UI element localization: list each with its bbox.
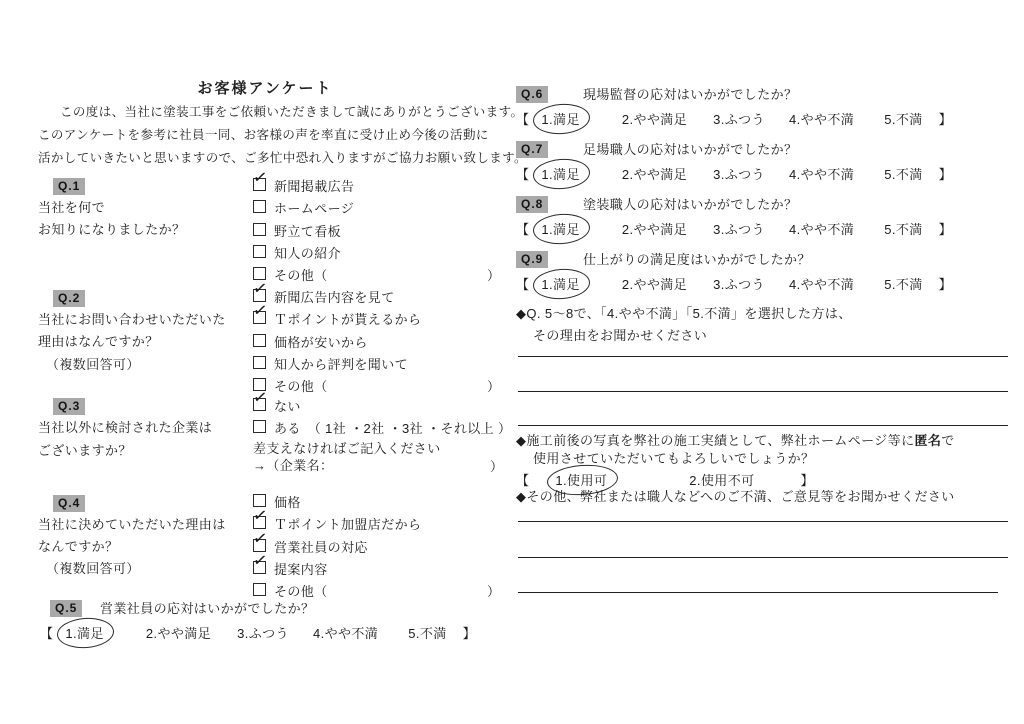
q6-rating-option-5[interactable]: 5.不満 <box>884 109 922 128</box>
q2-option-label: Ｔポイントが貰えるから <box>274 309 421 328</box>
q1-option-label: 知人の紹介 <box>274 243 341 262</box>
checkbox[interactable] <box>253 398 266 411</box>
q6-rating-option-2[interactable]: 2.やや満足 <box>622 109 687 128</box>
answer-line[interactable] <box>518 592 998 593</box>
q2-option-label: 新聞広告内容を見て <box>274 287 395 306</box>
bracket-open: 【 <box>516 109 529 128</box>
photo-note-line-1: ◆施工前後の写真を弊社の施工実績として、弊社ホームページ等に匿名で <box>516 433 955 449</box>
q1-option-label: ホームページ <box>274 198 354 217</box>
q5-label: Q.5 <box>50 600 82 617</box>
q5-rating-option-5[interactable]: 5.不満 <box>408 623 446 642</box>
q2-option-label: その他（ <box>274 376 328 395</box>
q5-rating: 【 1.満足 2.やや満足 3.ふつう 4.やや不満 5.不満 】 <box>40 623 476 642</box>
q6-rating-option-3[interactable]: 3.ふつう <box>713 109 765 128</box>
q1-question-line: お知りになりましたか？ <box>38 222 185 238</box>
bracket-close: 】 <box>801 470 814 489</box>
q7-rating-option-3[interactable]: 3.ふつう <box>713 164 765 183</box>
q3-company-prompt: →（企業名： <box>253 458 333 474</box>
q6-question: 現場監督の応対はいかがでしたか？ <box>583 87 797 103</box>
q2-option-label: 価格が安いから <box>274 332 368 351</box>
q9-rating-option-4[interactable]: 4.やや不満 <box>789 274 854 293</box>
q3-question-line: ございますか？ <box>38 443 132 459</box>
q4-option-label: その他（ <box>274 581 328 600</box>
q9-rating-option-2[interactable]: 2.やや満足 <box>622 274 687 293</box>
checkbox[interactable] <box>253 356 266 369</box>
bracket-close: 】 <box>939 164 952 183</box>
q3-option-label: ない <box>274 396 301 415</box>
photo-note-text: ◆施工前後の写真を弊社の施工実績として、弊社ホームページ等に <box>516 433 914 448</box>
q9-label: Q.9 <box>516 251 548 268</box>
bracket-open: 【 <box>516 219 529 238</box>
bracket-close: 】 <box>939 109 952 128</box>
q1-option-label: その他（ <box>274 265 328 284</box>
q2-question-line: 理由はなんですか？ <box>38 334 159 350</box>
q7-rating-option-5[interactable]: 5.不満 <box>884 164 922 183</box>
photo-option-allowed[interactable]: 1.使用可 <box>555 470 607 489</box>
q5-question: 営業社員の応対はいかがでしたか？ <box>100 601 314 617</box>
q8-rating: 【 1.満足 2.やや満足 3.ふつう 4.やや不満 5.不満 】 <box>516 219 952 238</box>
checkbox[interactable] <box>253 245 266 258</box>
q4-option-row: 提案内容 <box>253 559 328 578</box>
survey-form: お客様アンケート この度は、当社に塗装工事をご依頼いただきまして誠にありがとうご… <box>0 0 1024 724</box>
q7-rating-option-2[interactable]: 2.やや満足 <box>622 164 687 183</box>
q3-option-row: ない <box>253 396 301 415</box>
q9-rating: 【 1.満足 2.やや満足 3.ふつう 4.やや不満 5.不満 】 <box>516 274 952 293</box>
bracket-open: 【 <box>40 623 53 642</box>
q1-option-label: 野立て看板 <box>274 221 341 240</box>
q7-rating: 【 1.満足 2.やや満足 3.ふつう 4.やや不満 5.不満 】 <box>516 164 952 183</box>
photo-note-line-2: 使用させていただいてもよろしいでしょうか？ <box>533 451 814 467</box>
bracket-open: 【 <box>516 164 529 183</box>
close-paren: ） <box>487 265 500 284</box>
reason-note-line-1: ◆Q. 5～8で、「4.やや不満」「5.不満」を選択した方は、 <box>516 306 852 322</box>
q7-rating-option-4[interactable]: 4.やや不満 <box>789 164 854 183</box>
checkbox[interactable] <box>253 516 266 529</box>
q2-question-line: 当社にお問い合わせいただいた <box>38 312 226 328</box>
q4-question-line: なんですか？ <box>38 539 118 555</box>
photo-note-text: で <box>941 433 954 448</box>
q1-option-row: ホームページ <box>253 198 354 217</box>
checkbox[interactable] <box>253 200 266 213</box>
q9-question: 仕上がりの満足度はいかがでしたか？ <box>583 252 811 268</box>
q1-option-label: 新聞掲載広告 <box>274 176 354 195</box>
answer-line[interactable] <box>518 557 1008 558</box>
q2-option-row: 知人から評判を聞いて <box>253 354 408 373</box>
q5-rating-option-3[interactable]: 3.ふつう <box>237 623 289 642</box>
page-title: お客様アンケート <box>155 80 375 98</box>
q9-rating-option-1[interactable]: 1.満足 <box>541 274 579 293</box>
answer-line[interactable] <box>518 356 1008 357</box>
q8-rating-option-3[interactable]: 3.ふつう <box>713 219 765 238</box>
q6-rating-option-4[interactable]: 4.やや不満 <box>789 109 854 128</box>
q2-label: Q.2 <box>53 290 85 307</box>
bracket-open: 【 <box>516 274 529 293</box>
q3-option-row: ある （ 1社 ・2社 ・3社 ・それ以上 ） <box>253 418 511 437</box>
q4-label: Q.4 <box>53 495 85 512</box>
bracket-close: 】 <box>939 219 952 238</box>
q2-option-label: 知人から評判を聞いて <box>274 354 408 373</box>
q8-rating-option-4[interactable]: 4.やや不満 <box>789 219 854 238</box>
checkbox[interactable] <box>253 178 266 191</box>
q1-option-row: 新聞掲載広告 <box>253 176 354 195</box>
checkbox[interactable] <box>253 311 266 324</box>
q9-rating-option-5[interactable]: 5.不満 <box>884 274 922 293</box>
checkbox[interactable] <box>253 561 266 574</box>
q6-label: Q.6 <box>516 86 548 103</box>
q7-question: 足場職人の応対はいかがでしたか？ <box>583 142 797 158</box>
photo-permission-rating: 【 1.使用可 2.使用不可 】 <box>516 470 814 489</box>
intro-line-3: 活かしていきたいと思いますので、ご多忙中恐れ入りますがご協力お願い致します。 <box>38 151 527 166</box>
checkbox[interactable] <box>253 583 266 596</box>
q3-note: 差支えなければご記入ください <box>253 441 441 457</box>
other-note-line: ◆その他、弊社または職人などへのご不満、ご意見等をお聞かせください <box>516 489 955 505</box>
bracket-close: 】 <box>939 274 952 293</box>
q4-option-row: 営業社員の対応 <box>253 537 368 556</box>
close-paren: ） <box>487 581 500 600</box>
q1-option-row: 知人の紹介 <box>253 243 341 262</box>
q1-option-row: 野立て看板 <box>253 221 341 240</box>
q8-question: 塗装職人の応対はいかがでしたか？ <box>583 197 797 213</box>
q7-rating-option-1[interactable]: 1.満足 <box>541 164 579 183</box>
q6-rating: 【 1.満足 2.やや満足 3.ふつう 4.やや不満 5.不満 】 <box>516 109 952 128</box>
q4-option-label: 価格 <box>274 492 301 511</box>
q4-option-label: Ｔポイント加盟店だから <box>274 514 421 533</box>
q2-option-row: 新聞広告内容を見て <box>253 287 395 306</box>
q5-rating-option-4[interactable]: 4.やや不満 <box>313 623 378 642</box>
q4-question-line: （複数回答可） <box>46 561 140 577</box>
q4-option-row: その他（ <box>253 581 328 600</box>
bracket-open: 【 <box>516 470 529 489</box>
bracket-close: 】 <box>463 623 476 642</box>
q5-rating-option-1[interactable]: 1.満足 <box>65 623 103 642</box>
q4-option-row: Ｔポイント加盟店だから <box>253 514 421 533</box>
q9-rating-option-3[interactable]: 3.ふつう <box>713 274 765 293</box>
q7-label: Q.7 <box>516 141 548 158</box>
q1-question-line: 当社を何で <box>38 200 105 216</box>
q2-option-row: 価格が安いから <box>253 332 368 351</box>
q4-option-label: 提案内容 <box>274 559 328 578</box>
q1-label: Q.1 <box>53 178 85 195</box>
q8-label: Q.8 <box>516 196 548 213</box>
reason-note-line-2: その理由をお聞かせください <box>533 328 707 344</box>
q8-rating-option-1[interactable]: 1.満足 <box>541 219 579 238</box>
answer-line[interactable] <box>518 425 1008 426</box>
intro-line-2: このアンケートを参考に社員一同、お客様の声を率直に受け止め今後の活動に <box>38 128 489 143</box>
q8-rating-option-2[interactable]: 2.やや満足 <box>622 219 687 238</box>
intro-line-1: この度は、当社に塗装工事をご依頼いただきまして誠にありがとうございます。 <box>60 105 523 120</box>
q3-question-line: 当社以外に検討された企業は <box>38 420 212 436</box>
photo-note-emphasis: 匿名 <box>914 433 941 448</box>
q4-option-label: 営業社員の対応 <box>274 537 368 556</box>
photo-option-not-allowed[interactable]: 2.使用不可 <box>689 470 754 489</box>
answer-line[interactable] <box>518 521 1008 522</box>
checkbox[interactable] <box>253 334 266 347</box>
q4-question-line: 当社に決めていただいた理由は <box>38 517 226 533</box>
answer-line[interactable] <box>518 391 1008 392</box>
close-paren: ） <box>490 456 503 475</box>
q2-question-line: （複数回答可） <box>46 357 140 373</box>
q2-option-row: Ｔポイントが貰えるから <box>253 309 421 328</box>
q5-rating-option-2[interactable]: 2.やや満足 <box>146 623 211 642</box>
checkbox[interactable] <box>253 420 266 433</box>
close-paren: ） <box>487 376 500 395</box>
q8-rating-option-5[interactable]: 5.不満 <box>884 219 922 238</box>
q3-label: Q.3 <box>53 398 85 415</box>
q6-rating-option-1[interactable]: 1.満足 <box>541 109 579 128</box>
checkbox[interactable] <box>253 223 266 236</box>
q3-option-label: ある （ 1社 ・2社 ・3社 ・それ以上 ） <box>274 418 511 437</box>
